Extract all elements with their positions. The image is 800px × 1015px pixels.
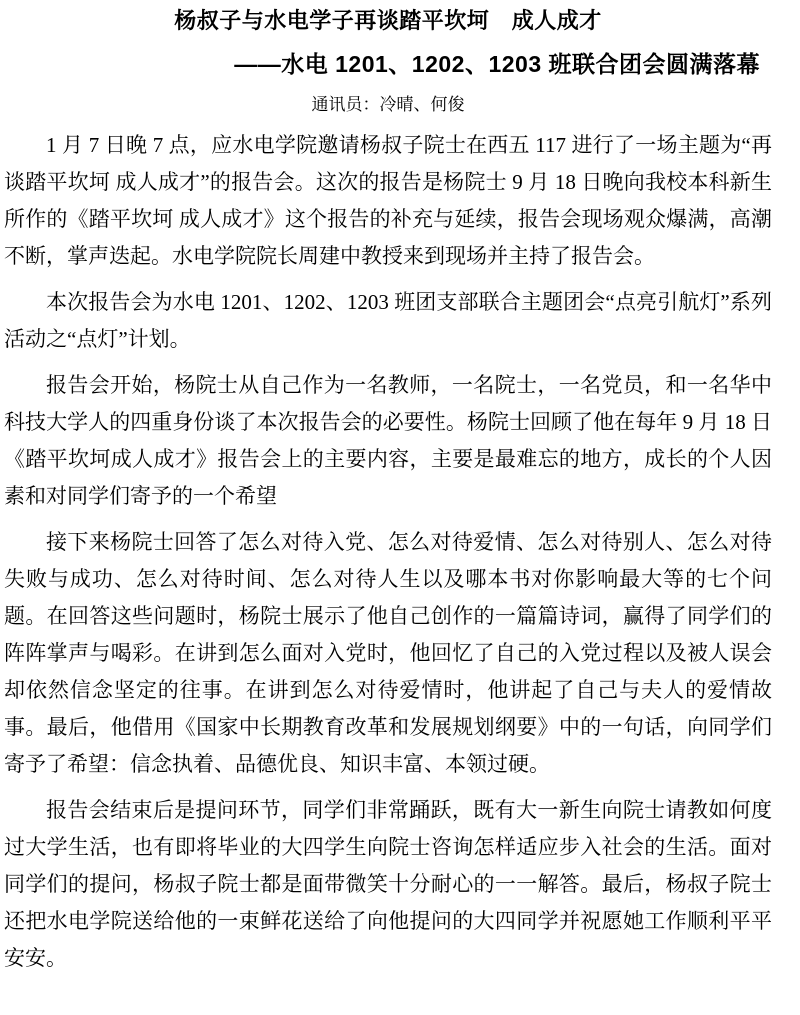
article-paragraph: 接下来杨院士回答了怎么对待入党、怎么对待爱情、怎么对待别人、怎么对待失败与成功、… — [4, 524, 772, 783]
article-title: 杨叔子与水电学子再谈踏平坎坷 成人成才 — [4, 6, 772, 36]
article-body: 1 月 7 日晚 7 点，应水电学院邀请杨叔子院士在西五 117 进行了一场主题… — [4, 127, 772, 977]
article-paragraph: 报告会结束后是提问环节，同学们非常踊跃，既有大一新生向院士请教如何度过大学生活，… — [4, 792, 772, 977]
article-subtitle: ——水电 1201、1202、1203 班联合团会圆满落幕 — [4, 49, 772, 79]
article-byline: 通讯员：冷晴、何俊 — [4, 94, 772, 116]
article-paragraph: 报告会开始，杨院士从自己作为一名教师，一名院士，一名党员，和一名华中科技大学人的… — [4, 367, 772, 515]
article-paragraph: 本次报告会为水电 1201、1202、1203 班团支部联合主题团会“点亮引航灯… — [4, 284, 772, 358]
article-paragraph: 1 月 7 日晚 7 点，应水电学院邀请杨叔子院士在西五 117 进行了一场主题… — [4, 127, 772, 275]
article-page: 杨叔子与水电学子再谈踏平坎坷 成人成才 ——水电 1201、1202、1203 … — [0, 0, 800, 1015]
